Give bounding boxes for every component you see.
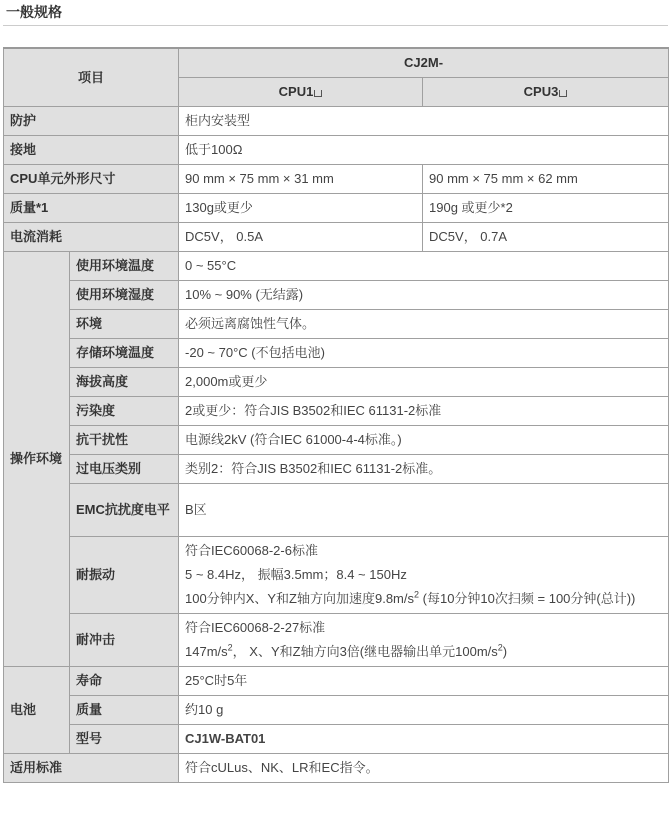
placeholder-box-icon [314,90,322,97]
table-row: 防护 柜内安装型 [4,107,669,136]
row-value-ambient-humidity: 10% ~ 90% (无结露) [179,281,669,310]
row-label-ambient-humidity: 使用环境湿度 [70,281,179,310]
header-cpu3: CPU3 [423,78,669,107]
table-row: 耐冲击 符合IEC60068-2-27标准 147m/s2， X、Y和Z轴方向3… [4,614,669,667]
row-label-atmosphere: 环境 [70,310,179,339]
row-label-vibration: 耐振动 [70,537,179,614]
header-item: 项目 [4,48,179,107]
row-label-overvoltage: 过电压类别 [70,455,179,484]
vibration-line-1: 符合IEC60068-2-6标准 [185,539,668,563]
row-label-battery-model: 型号 [70,725,179,754]
placeholder-box-icon [559,90,567,97]
table-row: 污染度 2或更少：符合JIS B3502和IEC 61131-2标准 [4,397,669,426]
table-row: 过电压类别 类别2：符合JIS B3502和IEC 61131-2标准。 [4,455,669,484]
group-label-operating-env: 操作环境 [4,252,70,667]
row-label-storage-temp: 存储环境温度 [70,339,179,368]
shock-line-1: 符合IEC60068-2-27标准 [185,616,668,640]
row-value-dimensions-cpu3: 90 mm × 75 mm × 62 mm [423,165,669,194]
vibration-line-3: 100分钟内X、Y和Z轴方向加速度9.8m/s2 (每10分钟10次扫频 = 1… [185,587,668,611]
row-value-pollution: 2或更少：符合JIS B3502和IEC 61131-2标准 [179,397,669,426]
table-row: CPU单元外形尺寸 90 mm × 75 mm × 31 mm 90 mm × … [4,165,669,194]
row-label-noise-immunity: 抗干扰性 [70,426,179,455]
vibration-line-2: 5 ~ 8.4Hz， 振幅3.5mm；8.4 ~ 150Hz [185,563,668,587]
table-row: 抗干扰性 电源线2kV (符合IEC 61000-4-4标准。) [4,426,669,455]
row-value-storage-temp: -20 ~ 70°C (不包括电池) [179,339,669,368]
row-label-battery-life: 寿命 [70,667,179,696]
row-label-standards: 适用标准 [4,754,179,783]
table-row: 使用环境湿度 10% ~ 90% (无结露) [4,281,669,310]
row-value-current-cpu3: DC5V， 0.7A [423,223,669,252]
row-label-grounding: 接地 [4,136,179,165]
table-row: 接地 低于100Ω [4,136,669,165]
title-divider [3,25,668,26]
row-value-shock: 符合IEC60068-2-27标准 147m/s2， X、Y和Z轴方向3倍(继电… [179,614,669,667]
table-row: EMC抗扰度电平 B区 [4,484,669,537]
row-value-emc: B区 [179,484,669,537]
section-title: 一般规格 [6,2,62,22]
row-value-battery-weight: 约10 g [179,696,669,725]
row-label-ambient-temp: 使用环境温度 [70,252,179,281]
table-row: 存储环境温度 -20 ~ 70°C (不包括电池) [4,339,669,368]
general-spec-table: 项目 CJ2M- CPU1 CPU3 防护 柜内安装型 接地 低于100Ω CP… [3,47,669,783]
shock-line-2: 147m/s2， X、Y和Z轴方向3倍(继电器输出单元100m/s2) [185,640,668,664]
row-value-overvoltage: 类别2：符合JIS B3502和IEC 61131-2标准。 [179,455,669,484]
row-label-protection: 防护 [4,107,179,136]
row-value-battery-life: 25°C时5年 [179,667,669,696]
row-value-atmosphere: 必须远离腐蚀性气体。 [179,310,669,339]
table-row: 电池 寿命 25°C时5年 [4,667,669,696]
row-label-pollution: 污染度 [70,397,179,426]
table-row: 操作环境 使用环境温度 0 ~ 55°C [4,252,669,281]
table-row: 海拔高度 2,000m或更少 [4,368,669,397]
row-value-grounding: 低于100Ω [179,136,669,165]
row-label-shock: 耐冲击 [70,614,179,667]
table-row: 电流消耗 DC5V， 0.5A DC5V， 0.7A [4,223,669,252]
row-label-altitude: 海拔高度 [70,368,179,397]
row-value-protection: 柜内安装型 [179,107,669,136]
row-value-dimensions-cpu1: 90 mm × 75 mm × 31 mm [179,165,423,194]
row-label-dimensions: CPU单元外形尺寸 [4,165,179,194]
table-row: 耐振动 符合IEC60068-2-6标准 5 ~ 8.4Hz， 振幅3.5mm；… [4,537,669,614]
table-row: 环境 必须远离腐蚀性气体。 [4,310,669,339]
row-label-emc: EMC抗扰度电平 [70,484,179,537]
row-value-weight-cpu3: 190g 或更少*2 [423,194,669,223]
group-label-battery: 电池 [4,667,70,754]
table-row: 型号 CJ1W-BAT01 [4,725,669,754]
row-value-battery-model: CJ1W-BAT01 [179,725,669,754]
row-value-current-cpu1: DC5V， 0.5A [179,223,423,252]
row-label-current: 电流消耗 [4,223,179,252]
row-value-altitude: 2,000m或更少 [179,368,669,397]
header-model-group: CJ2M- [179,48,669,78]
row-value-ambient-temp: 0 ~ 55°C [179,252,669,281]
table-row: 质量*1 130g或更少 190g 或更少*2 [4,194,669,223]
header-cpu1: CPU1 [179,78,423,107]
row-value-noise-immunity: 电源线2kV (符合IEC 61000-4-4标准。) [179,426,669,455]
row-value-weight-cpu1: 130g或更少 [179,194,423,223]
row-value-standards: 符合cULus、NK、LR和EC指令。 [179,754,669,783]
row-label-weight: 质量*1 [4,194,179,223]
table-row: 适用标准 符合cULus、NK、LR和EC指令。 [4,754,669,783]
row-value-vibration: 符合IEC60068-2-6标准 5 ~ 8.4Hz， 振幅3.5mm；8.4 … [179,537,669,614]
table-row: 质量 约10 g [4,696,669,725]
row-label-battery-weight: 质量 [70,696,179,725]
